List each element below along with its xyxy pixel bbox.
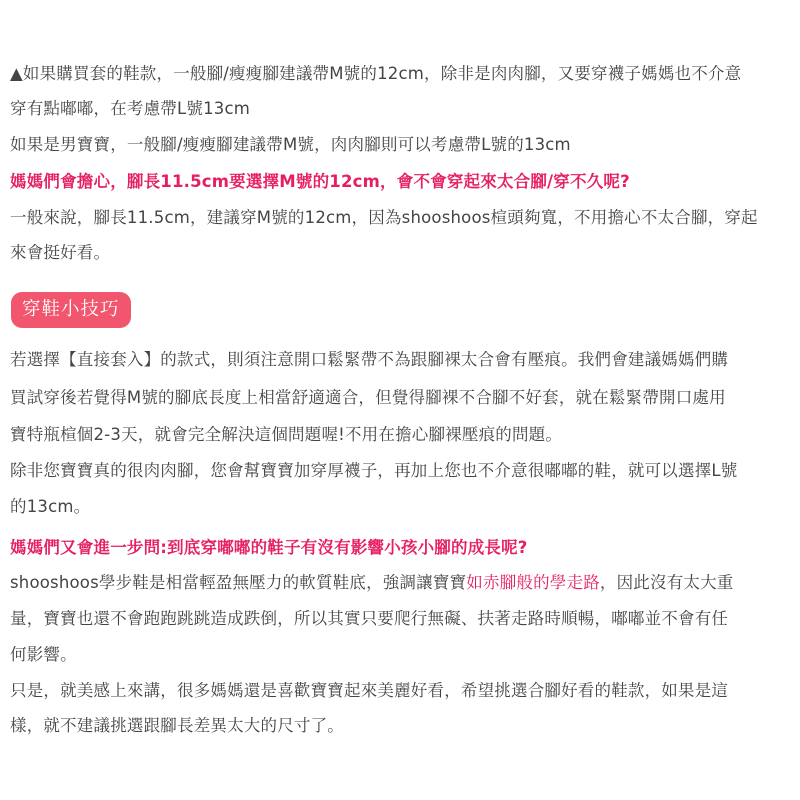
paragraph-line: 穿有點嘟嘟，在考慮帶L號13cm — [10, 97, 250, 121]
paragraph-line: 買試穿後若覺得M號的腳底長度上相當舒適適合，但覺得腳裸不合腳不好套，就在鬆緊帶開… — [10, 386, 726, 410]
highlight-text: 如赤腳般的學走路 — [466, 573, 600, 592]
section-badge: 穿鞋小技巧 — [11, 292, 131, 328]
paragraph-line: 除非您寶寶真的很肉肉腳，您會幫寶寶加穿厚襪子，再加上您也不介意很嘟嘟的鞋，就可以… — [10, 459, 738, 483]
paragraph-line: 何影響。 — [10, 643, 77, 667]
paragraph-line: ▲如果購買套的鞋款，一般腳/瘦瘦腳建議帶M號的12cm，除非是肉肉腳，又要穿襪子… — [10, 62, 741, 86]
paragraph-line: shooshoos學步鞋是相當輕盈無壓力的軟質鞋底，強調讓寶寶如赤腳般的學走路，… — [10, 571, 734, 595]
paragraph-line: 若選擇【直接套入】的款式，則須注意開口鬆緊帶不為跟腳裸太合會有壓痕。我們會建議媽… — [10, 348, 728, 372]
paragraph-line: 只是，就美感上來講，很多媽媽還是喜歡寶寶起來美麗好看，希望挑選合腳好看的鞋款，如… — [10, 679, 728, 703]
question-heading: 媽媽們會擔心，腳長11.5cm要選擇M號的12cm，會不會穿起來太合腳/穿不久呢… — [10, 170, 630, 194]
paragraph-line: 如果是男寶寶，一般腳/瘦瘦腳建議帶M號，肉肉腳則可以考慮帶L號的13cm — [10, 133, 571, 157]
paragraph-line: 樣，就不建議挑選跟腳長差異太大的尺寸了。 — [10, 714, 344, 738]
paragraph-line: 一般來說，腳長11.5cm，建議穿M號的12cm，因為shooshoos楦頭夠寬… — [10, 206, 758, 230]
text-segment: shooshoos學步鞋是相當輕盈無壓力的軟質鞋底，強調讓寶寶 — [10, 573, 466, 592]
paragraph-line: 來會挺好看。 — [10, 241, 110, 265]
paragraph-line: 寶特瓶楦個2-3天，就會完全解決這個問題喔!不用在擔心腳裸壓痕的問題。 — [10, 423, 562, 447]
paragraph-line: 的13cm。 — [10, 495, 90, 519]
paragraph-line: 量，寶寶也還不會跑跑跳跳造成跌倒，所以其實只要爬行無礙、扶著走路時順暢，嘟嘟並不… — [10, 607, 728, 631]
question-heading: 媽媽們又會進一步問:到底穿嘟嘟的鞋子有沒有影響小孩小腳的成長呢? — [10, 536, 528, 560]
text-segment: ，因此沒有太大重 — [600, 573, 734, 592]
